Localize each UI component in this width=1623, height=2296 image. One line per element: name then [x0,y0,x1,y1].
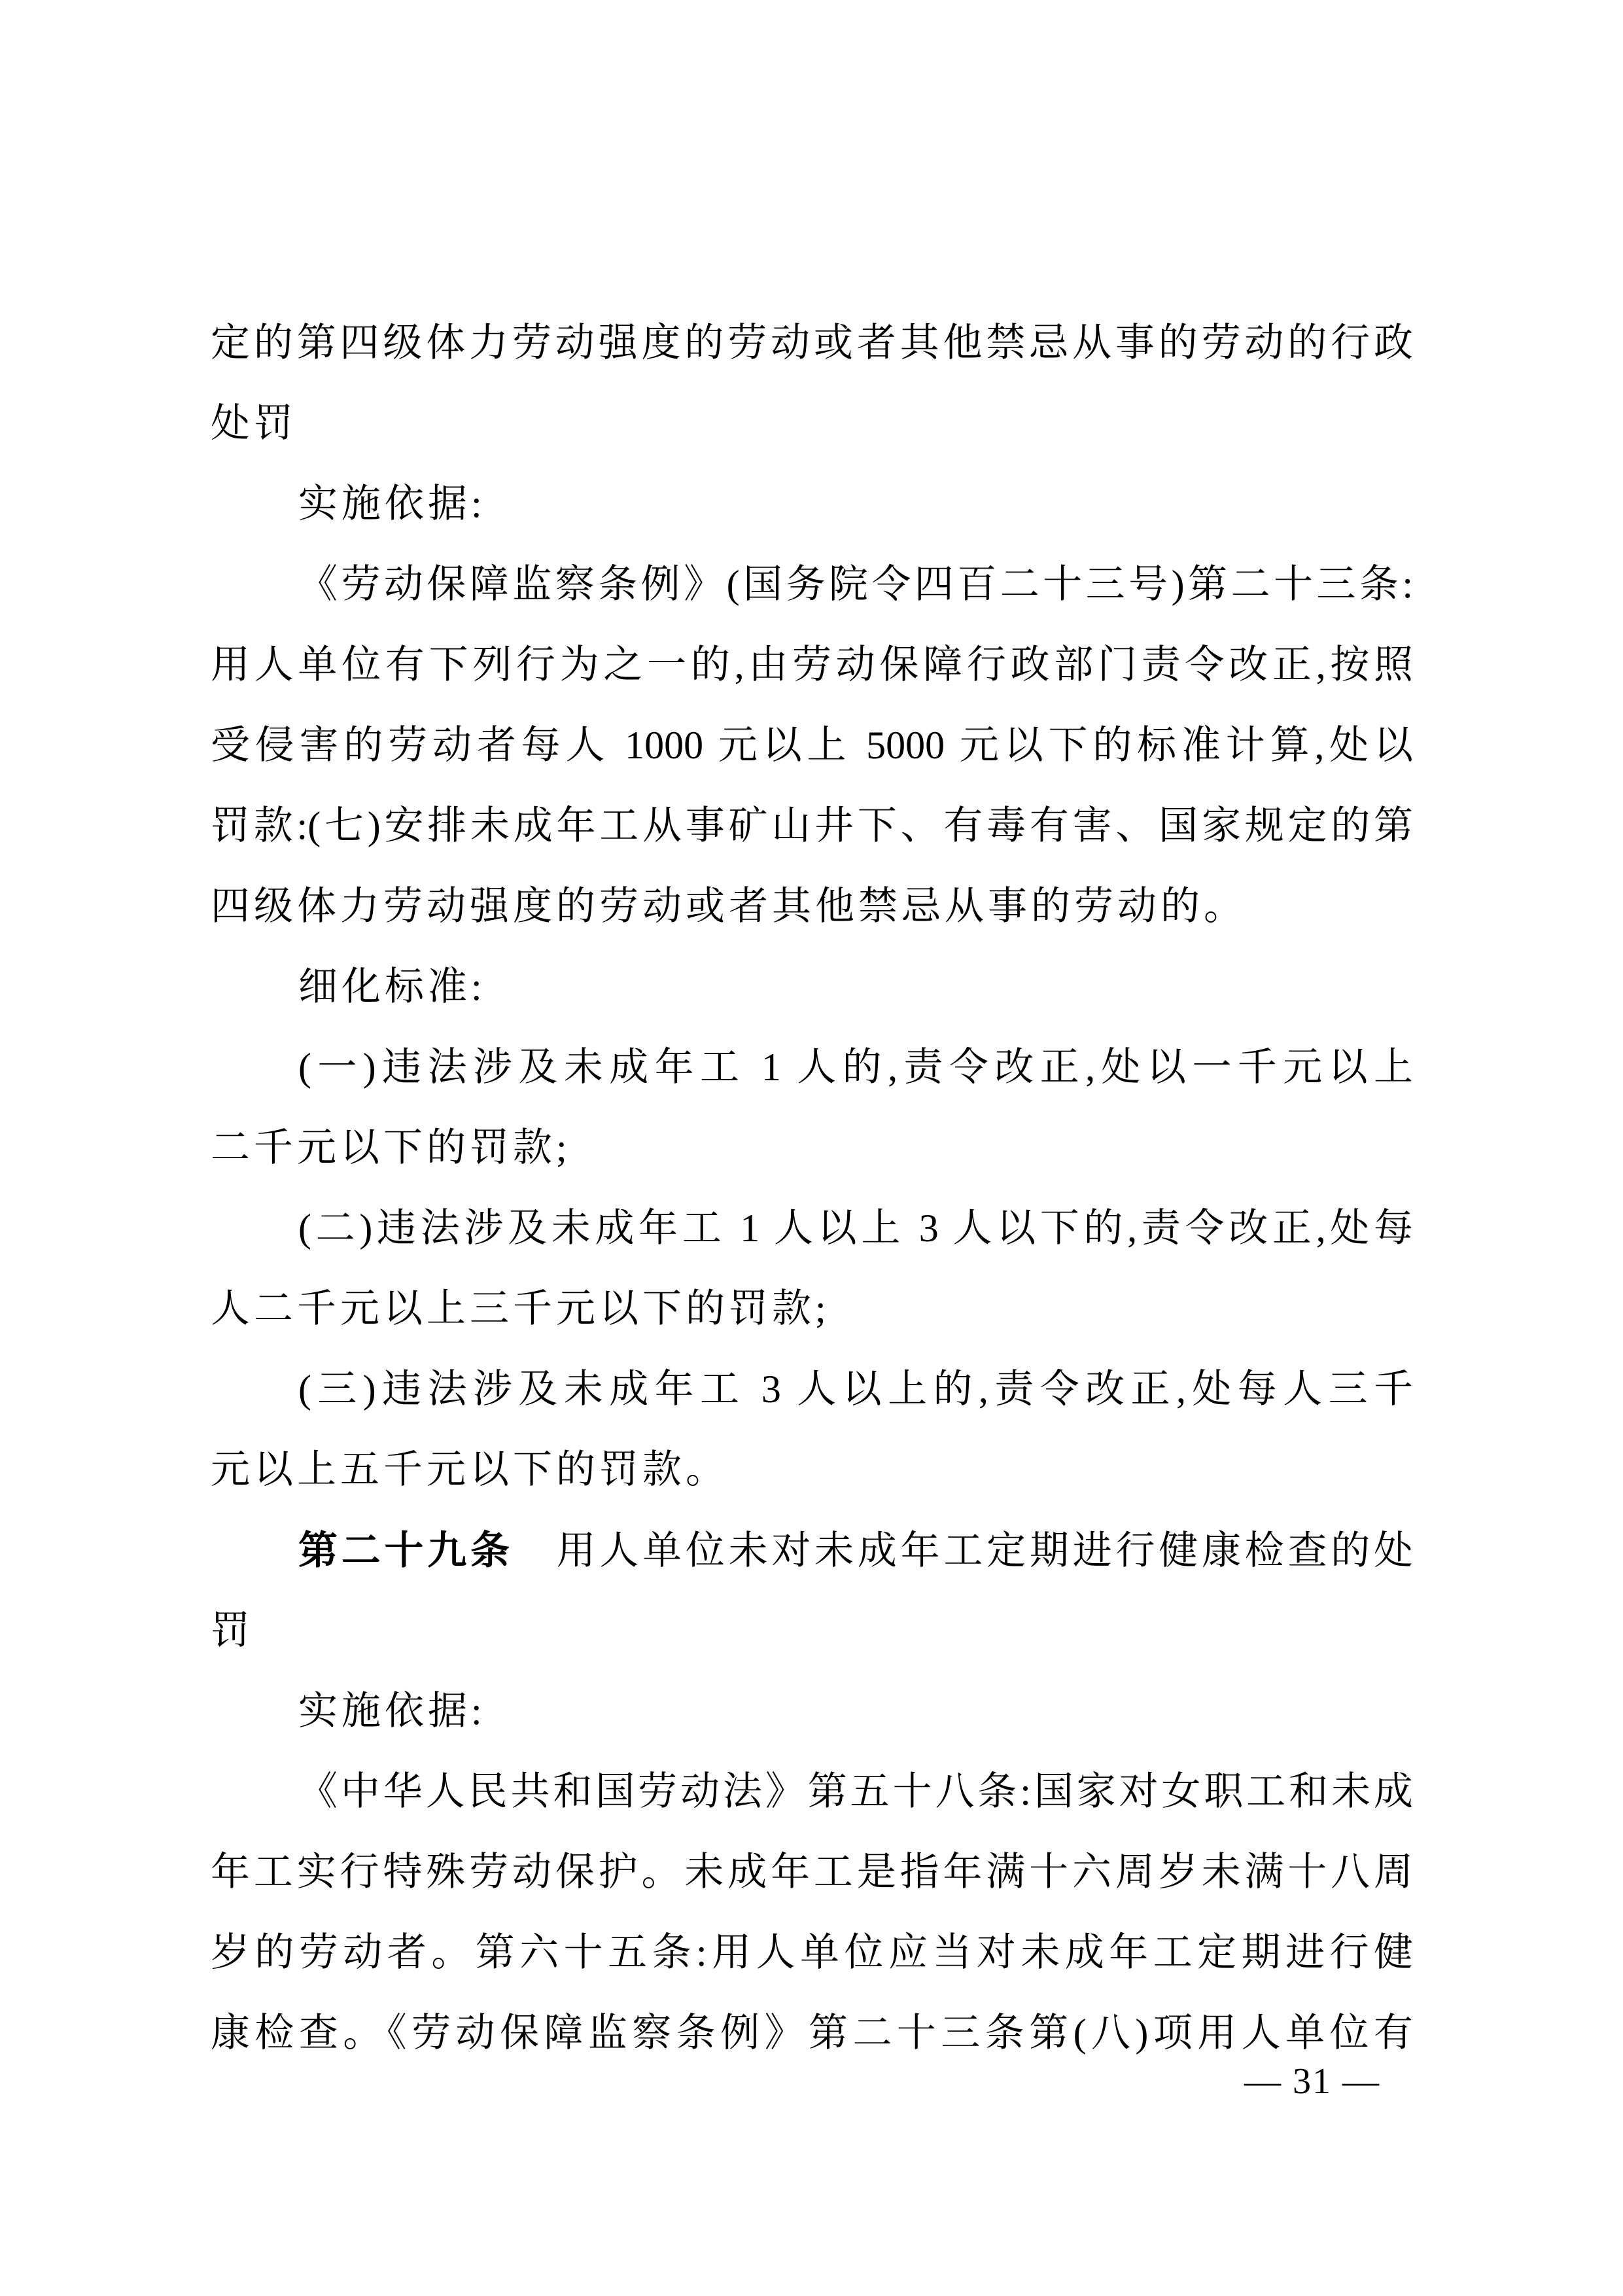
text-line: 四级体力劳动强度的劳动或者其他禁忌从事的劳动的。 [211,866,1413,947]
text-line: 用人单位有下列行为之一的,由劳动保障行政部门责令改正,按照 [211,625,1413,705]
text-line: 元以上五千元以下的罚款。 [211,1430,1413,1510]
text-line: 处罚 [211,383,1413,464]
text-line: 年工实行特殊劳动保护。未成年工是指年满十六周岁未满十八周 [211,1832,1413,1913]
text-line: (二)违法涉及未成年工 1 人以上 3 人以下的,责令改正,处每 [211,1188,1413,1269]
text-line: 《中华人民共和国劳动法》第五十八条:国家对女职工和未成 [211,1752,1413,1832]
page-number: — 31 — [1244,2061,1380,2102]
text-line: 受侵害的劳动者每人 1000 元以上 5000 元以下的标准计算,处以 [211,705,1413,786]
document-page: 定的第四级体力劳动强度的劳动或者其他禁忌从事的劳动的行政 处罚 实施依据: 《劳… [0,0,1623,2296]
text-line: (一)违法涉及未成年工 1 人的,责令改正,处以一千元以上 [211,1027,1413,1108]
line-text: 用人单位未对未成年工定期进行健康检查的处 [514,1529,1413,1572]
text-line: 定的第四级体力劳动强度的劳动或者其他禁忌从事的劳动的行政 [211,303,1413,383]
page-text: 定的第四级体力劳动强度的劳动或者其他禁忌从事的劳动的行政 处罚 实施依据: 《劳… [211,303,1413,2074]
text-line: 岁的劳动者。第六十五条:用人单位应当对未成年工定期进行健 [211,1913,1413,1993]
article-number: 第二十九条 [298,1528,514,1572]
text-line: 罚款:(七)安排未成年工从事矿山井下、有毒有害、国家规定的第 [211,786,1413,866]
text-line: 细化标准: [211,947,1413,1027]
text-line: 罚 [211,1591,1413,1671]
text-line: 第二十九条 用人单位未对未成年工定期进行健康检查的处 [211,1510,1413,1591]
text-line: 《劳动保障监察条例》(国务院令四百二十三号)第二十三条: [211,544,1413,625]
text-line: 实施依据: [211,1671,1413,1752]
text-line: 康检查。《劳动保障监察条例》第二十三条第(八)项用人单位有 [211,1993,1413,2074]
text-line: (三)违法涉及未成年工 3 人以上的,责令改正,处每人三千 [211,1349,1413,1430]
text-line: 人二千元以上三千元以下的罚款; [211,1269,1413,1349]
text-line: 二千元以下的罚款; [211,1108,1413,1188]
text-line: 实施依据: [211,464,1413,544]
